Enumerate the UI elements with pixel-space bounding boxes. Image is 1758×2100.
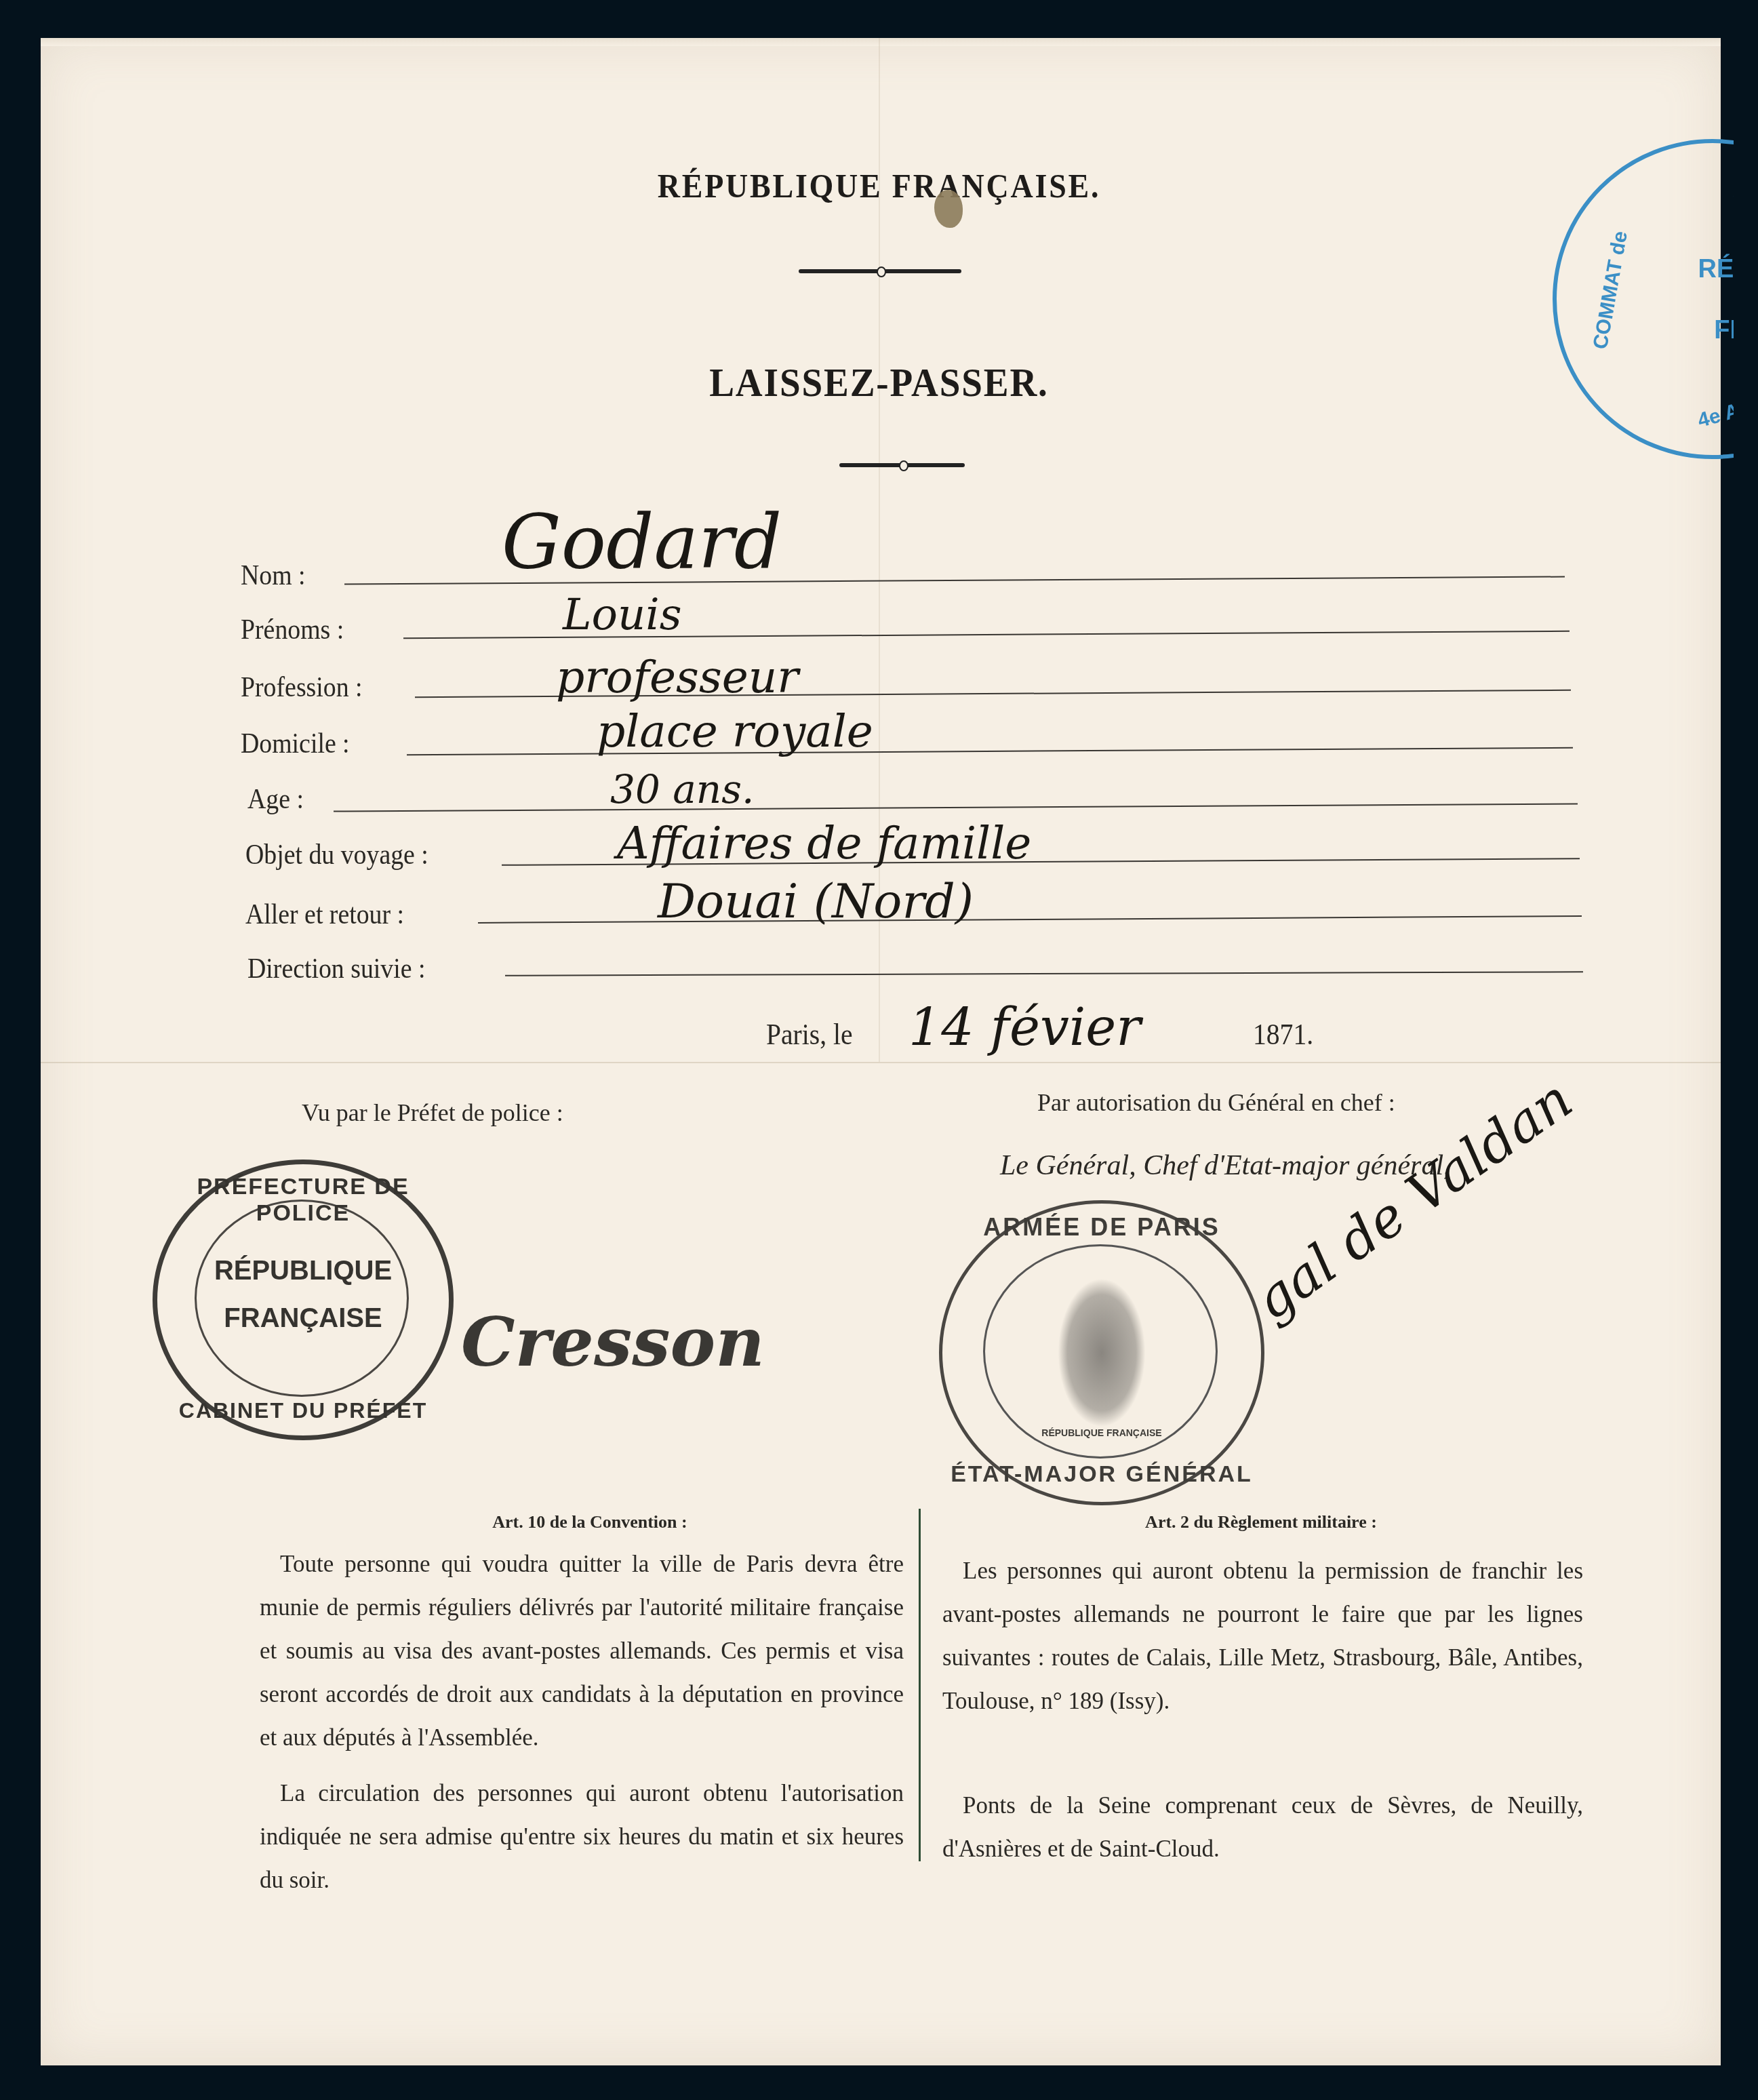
article-right-body: Les personnes qui auront obtenu la permi… <box>942 1549 1583 1883</box>
blue-stamp-center-2: FRAN <box>1594 316 1758 345</box>
armee-stamp-top: ARMÉE DE PARIS <box>942 1213 1261 1242</box>
ink-stain <box>934 190 963 228</box>
liberty-figure-emblem <box>1058 1278 1146 1427</box>
prefecture-stamp-inner-ring <box>195 1200 409 1397</box>
field-label-prenoms: Prénoms : <box>241 614 344 646</box>
prefecture-stamp-center-1: RÉPUBLIQUE <box>157 1256 449 1286</box>
article-right-title: Art. 2 du Règlement militaire : <box>939 1512 1583 1532</box>
prefecture-stamp: PRÉFECTURE DE POLICE RÉPUBLIQUE FRANÇAIS… <box>153 1160 454 1440</box>
article-column-divider <box>919 1509 921 1861</box>
ornament-divider-1 <box>799 269 961 273</box>
field-label-direction: Direction suivie : <box>247 953 425 985</box>
article-left-paragraph: Toute personne qui voudra quitter la vil… <box>260 1543 904 1760</box>
field-value-aller-retour[interactable]: Douai (Nord) <box>658 873 974 929</box>
field-value-objet[interactable]: Affaires de famille <box>617 817 1031 869</box>
blue-stamp-center-1: RÉPUB <box>1587 255 1758 284</box>
article-left-body: Toute personne qui voudra quitter la vil… <box>260 1543 904 1914</box>
field-label-domicile: Domicile : <box>241 728 350 760</box>
field-value-prenoms[interactable]: Louis <box>563 590 682 640</box>
field-value-age[interactable]: 30 ans. <box>610 766 754 812</box>
armee-stamp-inner: RÉPUBLIQUE FRANÇAISE <box>942 1427 1261 1438</box>
date-prefix: Paris, le <box>766 1017 853 1052</box>
prefecture-stamp-top: PRÉFECTURE DE POLICE <box>157 1174 449 1227</box>
field-label-nom: Nom : <box>241 559 306 592</box>
document-title: LAISSEZ-PASSER. <box>71 359 1688 406</box>
article-left-paragraph: La circulation des personnes qui auront … <box>260 1772 904 1902</box>
field-value-nom[interactable]: Godard <box>502 498 782 585</box>
prefet-signature: Cresson <box>461 1302 765 1382</box>
prefecture-stamp-center-2: FRANÇAISE <box>157 1303 449 1334</box>
field-label-age: Age : <box>247 783 304 816</box>
field-label-aller-retour: Aller et retour : <box>245 898 404 931</box>
armee-stamp-bottom: ÉTAT-MAJOR GÉNÉRAL <box>942 1461 1261 1488</box>
prefecture-stamp-bottom: CABINET DU PRÉFET <box>157 1398 449 1423</box>
general-subcaption: Le Général, Chef d'Etat-major général, <box>1000 1149 1451 1182</box>
armee-stamp: ARMÉE DE PARIS RÉPUBLIQUE FRANÇAISE ÉTAT… <box>939 1200 1264 1505</box>
document-header: RÉPUBLIQUE FRANÇAISE. <box>71 166 1688 205</box>
prefet-caption: Vu par le Préfet de police : <box>302 1098 563 1127</box>
general-caption: Par autorisation du Général en chef : <box>1037 1088 1395 1117</box>
field-value-domicile[interactable]: place royale <box>597 705 873 757</box>
date-year: 1871. <box>1253 1017 1313 1052</box>
article-left-title: Art. 10 de la Convention : <box>258 1512 922 1532</box>
article-right-paragraph: Les personnes qui auront obtenu la permi… <box>942 1549 1583 1723</box>
fold-line-horizontal <box>41 1062 1721 1063</box>
article-right-paragraph: Ponts de la Seine comprenant ceux de Sèv… <box>942 1784 1583 1871</box>
paper-top-edge <box>41 38 1721 46</box>
ornament-divider-2 <box>839 463 965 467</box>
date-handwritten[interactable]: 14 févier <box>908 997 1141 1057</box>
field-value-profession[interactable]: professeur <box>556 651 799 703</box>
field-label-objet: Objet du voyage : <box>245 839 428 871</box>
field-label-profession: Profession : <box>241 671 363 704</box>
